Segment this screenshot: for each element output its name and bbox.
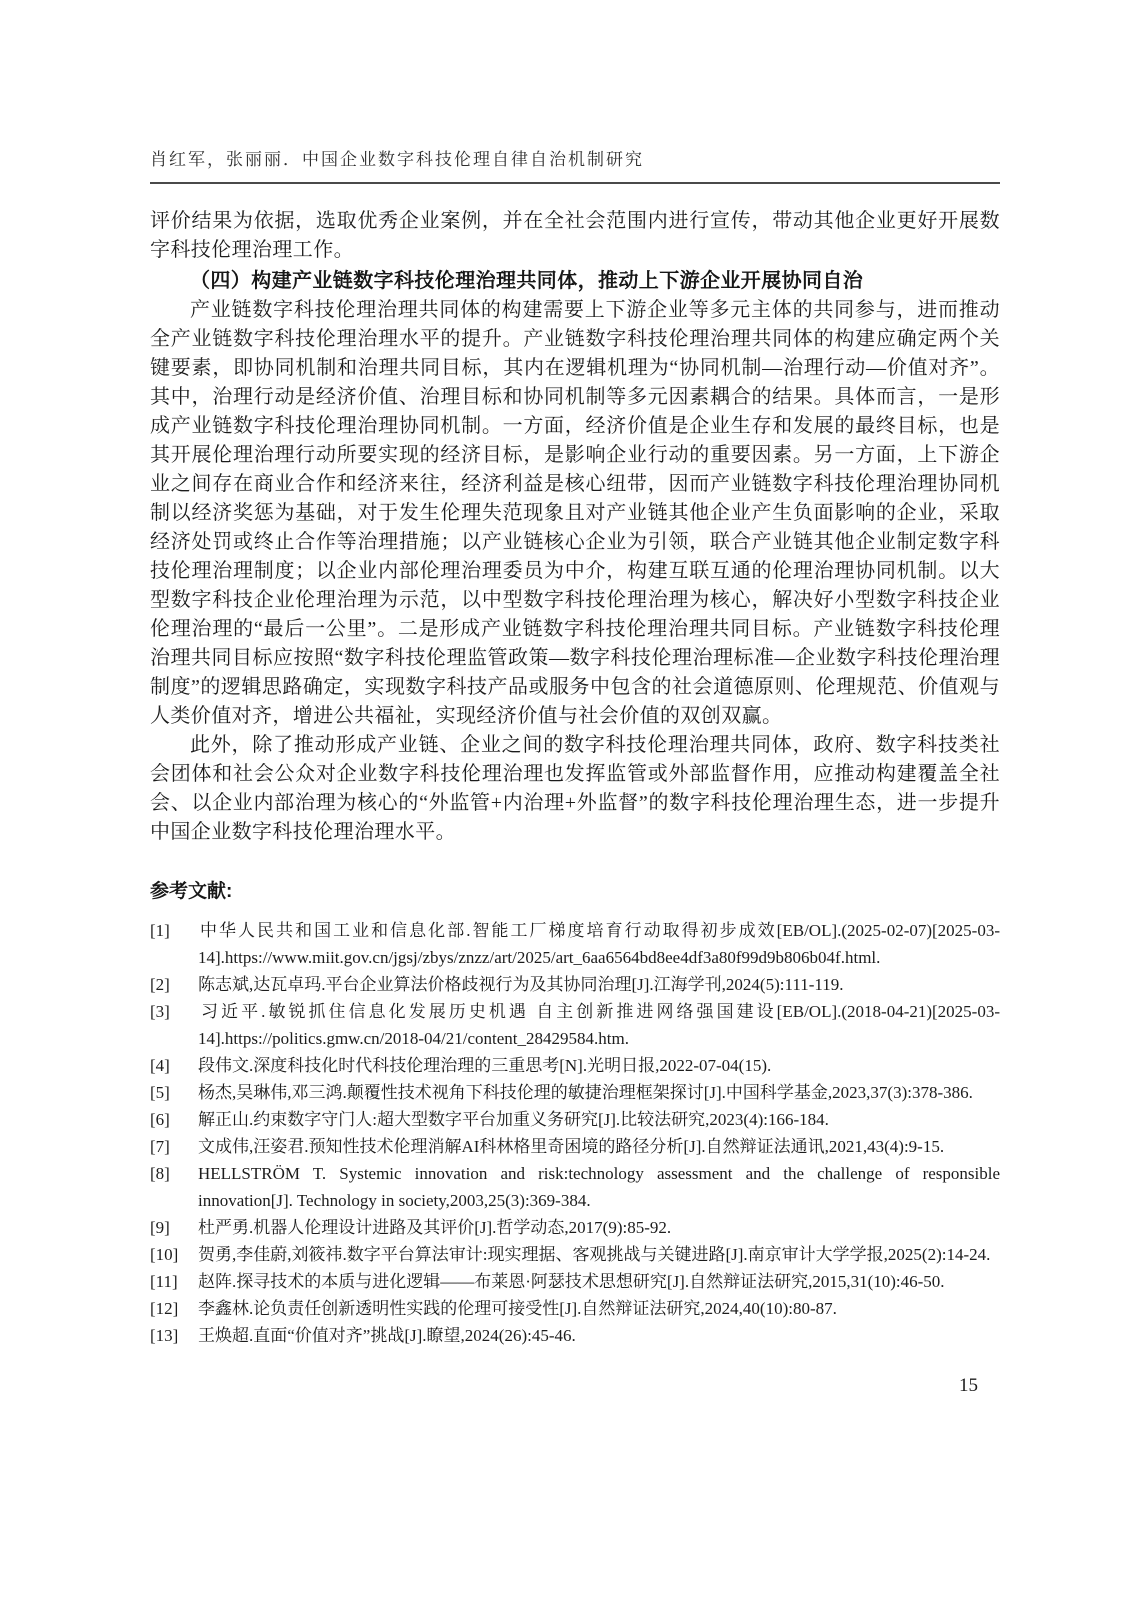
reference-text: 中华人民共和国工业和信息化部.智能工厂梯度培育行动取得初步成效[EB/OL].(… [198,921,1000,967]
reference-item: [12]李鑫林.论负责任创新透明性实践的伦理可接受性[J].自然辩证法研究,20… [150,1295,1000,1322]
page-number: 15 [150,1375,1000,1397]
reference-item: [13]王焕超.直面“价值对齐”挑战[J].瞭望,2024(26):45-46. [150,1322,1000,1349]
header-rule [150,182,1000,184]
reference-number: [4] [150,1052,198,1079]
reference-item: [3]习近平.敏锐抓住信息化发展历史机遇 自主创新推进网络强国建设[EB/OL]… [150,998,1000,1052]
reference-item: [11]赵阵.探寻技术的本质与进化逻辑——布莱恩·阿瑟技术思想研究[J].自然辩… [150,1268,1000,1295]
reference-text: 段伟文.深度科技化时代科技伦理治理的三重思考[N].光明日报,2022-07-0… [198,1056,771,1075]
reference-number: [7] [150,1133,198,1160]
references-heading: 参考文献: [150,880,1000,904]
page-header: 肖红军，张丽丽．中国企业数字科技伦理自律自治机制研究 [150,148,1000,184]
article-body: 评价结果为依据，选取优秀企业案例，并在全社会范围内进行宣传，带动其他企业更好开展… [150,207,1000,1349]
reference-text: 杨杰,吴琳伟,邓三鸿.颠覆性技术视角下科技伦理的敏捷治理框架探讨[J].中国科学… [198,1083,973,1102]
reference-number: [6] [150,1106,198,1133]
reference-text: 李鑫林.论负责任创新透明性实践的伦理可接受性[J].自然辩证法研究,2024,4… [198,1299,837,1318]
reference-number: [8] [150,1160,198,1187]
reference-number: [11] [150,1268,198,1295]
reference-number: [9] [150,1214,198,1241]
running-head: 肖红军，张丽丽．中国企业数字科技伦理自律自治机制研究 [150,148,1000,172]
section-heading: （四）构建产业链数字科技伦理治理共同体，推动上下游企业开展协同自治 [150,266,1000,296]
reference-item: [5]杨杰,吴琳伟,邓三鸿.颠覆性技术视角下科技伦理的敏捷治理框架探讨[J].中… [150,1079,1000,1106]
reference-item: [8]HELLSTRÖM T. Systemic innovation and … [150,1160,1000,1214]
reference-text: 贺勇,李佳蔚,刘筱祎.数字平台算法审计:现实理据、客观挑战与关键进路[J].南京… [198,1245,990,1264]
reference-number: [12] [150,1295,198,1322]
references-list: [1]中华人民共和国工业和信息化部.智能工厂梯度培育行动取得初步成效[EB/OL… [150,917,1000,1349]
reference-item: [2]陈志斌,达瓦卓玛.平台企业算法价格歧视行为及其协同治理[J].江海学刊,2… [150,971,1000,998]
reference-text: 解正山.约束数字守门人:超大型数字平台加重义务研究[J].比较法研究,2023(… [198,1110,829,1129]
reference-number: [13] [150,1322,198,1349]
document-page: 肖红军，张丽丽．中国企业数字科技伦理自律自治机制研究 评价结果为依据，选取优秀企… [0,0,1140,1600]
reference-text: 杜严勇.机器人伦理设计进路及其评价[J].哲学动态,2017(9):85-92. [198,1218,671,1237]
reference-item: [10]贺勇,李佳蔚,刘筱祎.数字平台算法审计:现实理据、客观挑战与关键进路[J… [150,1241,1000,1268]
reference-item: [4]段伟文.深度科技化时代科技伦理治理的三重思考[N].光明日报,2022-0… [150,1052,1000,1079]
reference-number: [1] [150,917,198,944]
reference-item: [7]文成伟,汪姿君.预知性技术伦理消解AI科林格里奇困境的路径分析[J].自然… [150,1133,1000,1160]
reference-item: [9]杜严勇.机器人伦理设计进路及其评价[J].哲学动态,2017(9):85-… [150,1214,1000,1241]
reference-item: [6]解正山.约束数字守门人:超大型数字平台加重义务研究[J].比较法研究,20… [150,1106,1000,1133]
paragraph-closing: 此外，除了推动形成产业链、企业之间的数字科技伦理治理共同体，政府、数字科技类社会… [150,731,1000,847]
reference-text: HELLSTRÖM T. Systemic innovation and ris… [198,1164,1000,1210]
reference-text: 赵阵.探寻技术的本质与进化逻辑——布莱恩·阿瑟技术思想研究[J].自然辩证法研究… [198,1272,945,1291]
reference-text: 陈志斌,达瓦卓玛.平台企业算法价格歧视行为及其协同治理[J].江海学刊,2024… [198,975,844,994]
reference-number: [3] [150,998,198,1025]
reference-text: 王焕超.直面“价值对齐”挑战[J].瞭望,2024(26):45-46. [198,1326,576,1345]
paragraph-main: 产业链数字科技伦理治理共同体的构建需要上下游企业等多元主体的共同参与，进而推动全… [150,296,1000,731]
reference-number: [2] [150,971,198,998]
reference-text: 习近平.敏锐抓住信息化发展历史机遇 自主创新推进网络强国建设[EB/OL].(2… [198,1002,1000,1048]
reference-item: [1]中华人民共和国工业和信息化部.智能工厂梯度培育行动取得初步成效[EB/OL… [150,917,1000,971]
reference-number: [10] [150,1241,198,1268]
page-footer: 15 [150,1375,1000,1397]
paragraph-continuation: 评价结果为依据，选取优秀企业案例，并在全社会范围内进行宣传，带动其他企业更好开展… [150,207,1000,265]
reference-number: [5] [150,1079,198,1106]
reference-text: 文成伟,汪姿君.预知性技术伦理消解AI科林格里奇困境的路径分析[J].自然辩证法… [198,1137,944,1156]
references-section: 参考文献: [1]中华人民共和国工业和信息化部.智能工厂梯度培育行动取得初步成效… [150,880,1000,1349]
